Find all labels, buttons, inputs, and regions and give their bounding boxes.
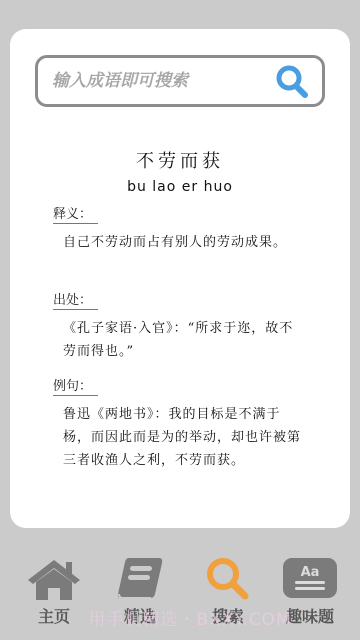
idiom-title: 不劳而获	[10, 147, 350, 173]
font-aa-icon: Aa	[282, 556, 338, 600]
nav-label-featured: 精选	[100, 604, 180, 627]
book-icon	[115, 556, 165, 600]
nav-label-home: 主页	[14, 604, 94, 627]
nav-item-quiz[interactable]: Aa 趣味题	[270, 550, 350, 640]
search-input[interactable]	[52, 71, 262, 91]
source-text: 《孔子家语·入官》：“所求于迩，故不劳而得也。”	[63, 317, 303, 363]
nav-item-search[interactable]: 搜索	[188, 550, 268, 640]
nav-label-quiz: 趣味题	[270, 604, 350, 627]
source-label: 出处：	[53, 293, 98, 310]
definition-text: 自己不劳动而占有别人的劳动成果。	[63, 231, 303, 254]
idiom-pinyin: bu lao er huo	[10, 179, 350, 195]
nav-label-search: 搜索	[188, 604, 268, 627]
bottom-nav: 主页 精选 搜索 Aa 趣味题	[0, 550, 360, 640]
definition-label: 释义：	[53, 207, 98, 224]
nav-item-featured[interactable]: 精选	[100, 550, 180, 640]
idiom-card: 不劳而获 bu lao er huo 释义： 自己不劳动而占有别人的劳动成果。 …	[10, 29, 350, 528]
nav-item-home[interactable]: 主页	[14, 550, 94, 640]
search-button[interactable]	[274, 64, 310, 100]
home-icon	[24, 556, 84, 600]
search-bar	[35, 55, 325, 107]
search-icon	[203, 556, 253, 602]
svg-text:Aa: Aa	[301, 565, 320, 580]
example-label: 例句：	[53, 379, 98, 396]
example-text: 鲁迅《两地书》：我的目标是不满于杨，而因此而是为的举动，却也许被第三者收渔人之利…	[63, 403, 303, 472]
search-icon	[274, 64, 310, 100]
